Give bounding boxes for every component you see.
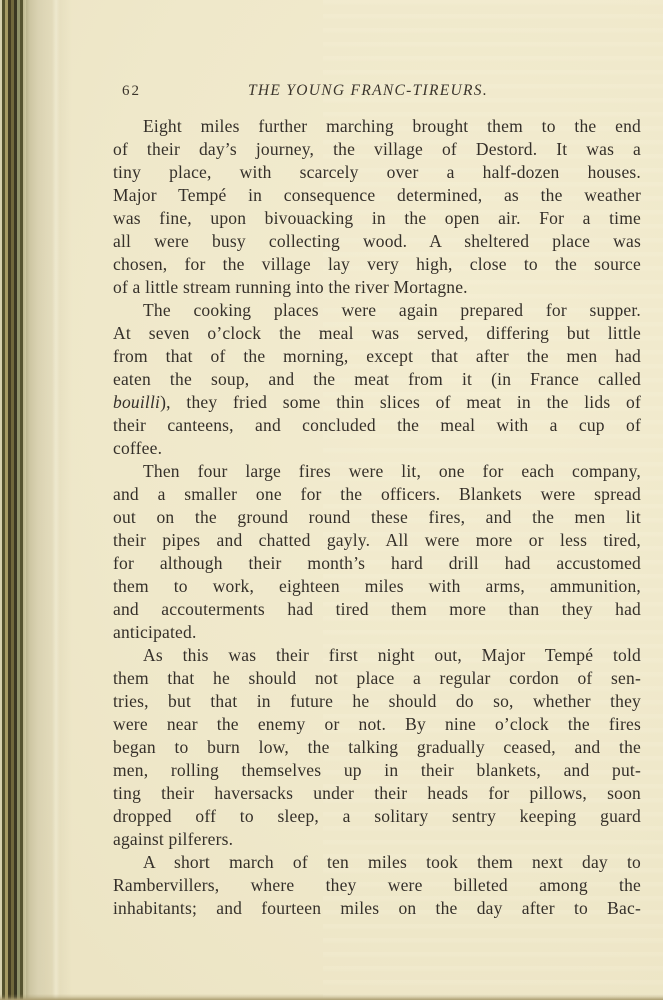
page-bottom-edge bbox=[0, 994, 663, 1000]
text-line: them that he should not place a regular … bbox=[113, 667, 641, 690]
text-line: A short march of ten miles took them nex… bbox=[113, 851, 641, 874]
text-line: men, rolling themselves up in their blan… bbox=[113, 759, 641, 782]
binding-edge bbox=[0, 0, 46, 1000]
text-line: from that of the morning, except that af… bbox=[113, 345, 641, 368]
header-title: THE YOUNG FRANC-TIREURS. bbox=[104, 82, 632, 100]
text-line: Eight miles further marching brought the… bbox=[113, 115, 641, 138]
text-line: inhabitants; and fourteen miles on the d… bbox=[113, 897, 641, 920]
text-line: ting their haversacks under their heads … bbox=[113, 782, 641, 805]
paragraph: Eight miles further marching brought the… bbox=[113, 115, 641, 299]
text-line: against pilferers. bbox=[113, 828, 641, 851]
text-line: for although their month’s hard drill ha… bbox=[113, 552, 641, 575]
page-content: 62 THE YOUNG FRANC-TIREURS. Eight miles … bbox=[113, 0, 641, 920]
text-line: eaten the soup, and the meat from it (in… bbox=[113, 368, 641, 391]
text-line: Then four large fires were lit, one for … bbox=[113, 460, 641, 483]
paragraph: Then four large fires were lit, one for … bbox=[113, 460, 641, 644]
text-line: began to burn low, the talking gradually… bbox=[113, 736, 641, 759]
text-line: tiny place, with scarcely over a half-do… bbox=[113, 161, 641, 184]
italic-term: bouilli bbox=[113, 392, 160, 412]
text-line: coffee. bbox=[113, 437, 641, 460]
text-line: and a smaller one for the officers. Blan… bbox=[113, 483, 641, 506]
text-line: chosen, for the village lay very high, c… bbox=[113, 253, 641, 276]
page-body: Eight miles further marching brought the… bbox=[113, 115, 641, 920]
text-line: At seven o’clock the meal was served, di… bbox=[113, 322, 641, 345]
text-line: tries, but that in future he should do s… bbox=[113, 690, 641, 713]
text-line: bouilli), they fried some thin slices of… bbox=[113, 391, 641, 414]
text-line: was fine, upon bivouacking in the open a… bbox=[113, 207, 641, 230]
text-line: out on the ground round these fires, and… bbox=[113, 506, 641, 529]
text-line: their pipes and chatted gayly. All were … bbox=[113, 529, 641, 552]
text-line: dropped off to sleep, a solitary sentry … bbox=[113, 805, 641, 828]
book-page: 62 THE YOUNG FRANC-TIREURS. Eight miles … bbox=[0, 0, 663, 1000]
text-line: all were busy collecting wood. A shelter… bbox=[113, 230, 641, 253]
paragraph: The cooking places were again prepared f… bbox=[113, 299, 641, 460]
paragraph: As this was their first night out, Major… bbox=[113, 644, 641, 851]
text-line: Rambervillers, where they were billeted … bbox=[113, 874, 641, 897]
text-line: As this was their first night out, Major… bbox=[113, 644, 641, 667]
text-line: their canteens, and concluded the meal w… bbox=[113, 414, 641, 437]
paragraph: A short march of ten miles took them nex… bbox=[113, 851, 641, 920]
running-header: 62 THE YOUNG FRANC-TIREURS. bbox=[113, 82, 641, 102]
text-line: Major Tempé in consequence determined, a… bbox=[113, 184, 641, 207]
text-line: of their day’s journey, the village of D… bbox=[113, 138, 641, 161]
text-line: The cooking places were again prepared f… bbox=[113, 299, 641, 322]
text-line: anticipated. bbox=[113, 621, 641, 644]
text-line: and accouterments had tired them more th… bbox=[113, 598, 641, 621]
text-line: of a little stream running into the rive… bbox=[113, 276, 641, 299]
text-line: them to work, eighteen miles with arms, … bbox=[113, 575, 641, 598]
text-line: were near the enemy or not. By nine o’cl… bbox=[113, 713, 641, 736]
gutter-highlight bbox=[52, 0, 60, 1000]
